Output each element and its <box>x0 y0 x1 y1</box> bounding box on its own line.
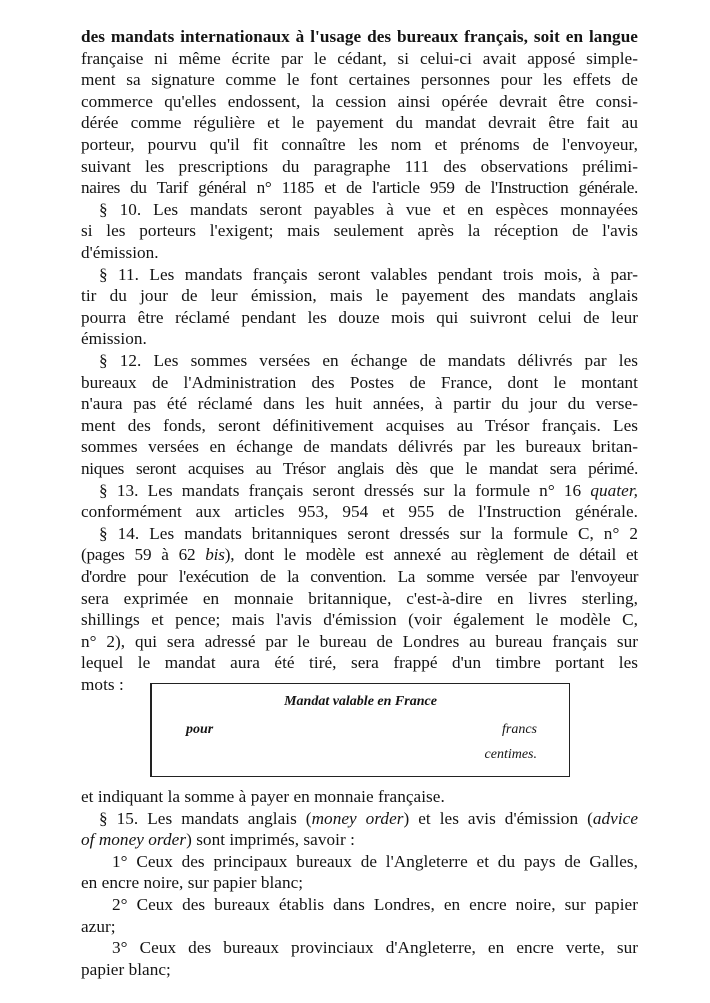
section-15-line: § 15. Les mandats anglais (money order) … <box>99 808 638 830</box>
text-line: sera exprimée en monnaie britannique, c'… <box>81 588 638 610</box>
text-line: (pages 59 à 62 bis), dont le modèle est … <box>81 544 638 566</box>
section-label: § 10. <box>99 200 141 219</box>
italic-term: advice <box>593 809 638 828</box>
text-fragment: ) sont imprimés, savoir : <box>186 830 355 849</box>
section-label: § 14. <box>99 524 139 543</box>
text-line: pourra être réclamé pendant les douze mo… <box>81 307 638 329</box>
italic-term: bis <box>205 545 224 564</box>
section-text: Les mandats français seront dressés sur … <box>148 481 591 500</box>
section-text: Les mandats britanniques seront dressés … <box>149 524 638 543</box>
text-line: lequel le mandat aura été tiré, sera fra… <box>81 652 638 674</box>
section-text: Les sommes versées en échange de mandats… <box>154 351 639 370</box>
text-line: n'aura pas été réclamé dans les huit ann… <box>81 393 638 415</box>
list-text: Ceux des bureaux provinciaux d'Angleterr… <box>140 938 638 957</box>
section-13-line: § 13. Les mandats français seront dressé… <box>99 480 638 502</box>
text-line: shillings et pence; mais l'avis d'émissi… <box>81 609 638 631</box>
list-item-1-line: 1° Ceux des principaux bureaux de l'Angl… <box>112 851 638 873</box>
text-line: d'émission. <box>81 242 638 264</box>
text-line: tir du jour de leur émission, mais le pa… <box>81 285 638 307</box>
text-line: niques seront acquises au Trésor anglais… <box>81 458 638 480</box>
list-number: 3° <box>112 938 128 957</box>
text-line: d'ordre pour l'exécution de la conventio… <box>81 566 638 588</box>
text-line: sommes versées en échange de mandats dél… <box>81 436 638 458</box>
stamp-title: Mandat valable en France <box>152 694 569 710</box>
section-label: § 11. <box>99 265 139 284</box>
text-line: porteur, pourvu qu'il fit connaître les … <box>81 134 638 156</box>
section-text: Les mandats français seront valables pen… <box>149 265 638 284</box>
text-line: commerce qu'elles endossent, la cession … <box>81 91 638 113</box>
text-line: papier blanc; <box>81 959 638 981</box>
text-line: azur; <box>81 916 638 938</box>
stamp-pour-label: pour <box>186 722 213 738</box>
section-10-line: § 10. Les mandats seront payables à vue … <box>99 199 638 221</box>
text-line: ment des fonds, seront définitivement ac… <box>81 415 638 437</box>
text-line: n° 2), qui sera adressé par le bureau de… <box>81 631 638 653</box>
text-line: dérée comme régulière et le payement du … <box>81 112 638 134</box>
text-line: naires du Tarif général n° 1185 et de l'… <box>81 177 638 199</box>
text-line: française ni même écrite par le cédant, … <box>81 48 638 70</box>
list-text: Ceux des bureaux établis dans Londres, e… <box>137 895 638 914</box>
list-item-2-line: 2° Ceux des bureaux établis dans Londres… <box>112 894 638 916</box>
section-label: § 12. <box>99 351 141 370</box>
text-fragment: ), dont le modèle est annexé au règlemen… <box>225 545 638 564</box>
section-label: § 13. <box>99 481 138 500</box>
text-line: et indiquant la somme à payer en monnaie… <box>81 786 638 808</box>
text-line: émission. <box>81 328 638 350</box>
text-fragment: ) et les avis d'émission ( <box>403 809 592 828</box>
list-number: 1° <box>112 852 128 871</box>
list-number: 2° <box>112 895 128 914</box>
text-line: of money order) sont imprimés, savoir : <box>81 829 638 851</box>
scanned-page: des mandats internationaux à l'usage des… <box>0 0 710 1003</box>
text-fragment: Les mandats anglais ( <box>147 809 311 828</box>
section-text: Les mandats seront payables à vue et en … <box>153 200 638 219</box>
list-text: Ceux des principaux bureaux de l'Anglete… <box>136 852 638 871</box>
italic-term: money order <box>312 809 404 828</box>
text-line: conformément aux articles 953, 954 et 95… <box>81 501 638 523</box>
section-12-line: § 12. Les sommes versées en échange de m… <box>99 350 638 372</box>
stamp-francs-label: francs <box>502 722 537 738</box>
stamp-sample-box: Mandat valable en France pour francs cen… <box>150 683 570 777</box>
italic-term: quater, <box>590 481 638 500</box>
section-label: § 15. <box>99 809 138 828</box>
text-line: des mandats internationaux à l'usage des… <box>81 26 638 48</box>
text-line: si les porteurs l'exigent; mais seulemen… <box>81 220 638 242</box>
list-item-3-line: 3° Ceux des bureaux provinciaux d'Anglet… <box>112 937 638 959</box>
text-line: en encre noire, sur papier blanc; <box>81 872 638 894</box>
italic-term: of money order <box>81 830 186 849</box>
text-line: ment sa signature comme le font certaine… <box>81 69 638 91</box>
text-fragment: (pages 59 à 62 <box>81 545 205 564</box>
section-14-line: § 14. Les mandats britanniques seront dr… <box>99 523 638 545</box>
text-line: bureaux de l'Administration des Postes d… <box>81 372 638 394</box>
stamp-centimes-label: centimes. <box>485 747 537 763</box>
section-11-line: § 11. Les mandats français seront valabl… <box>99 264 638 286</box>
text-line: suivant les prescriptions du paragraphe … <box>81 156 638 178</box>
